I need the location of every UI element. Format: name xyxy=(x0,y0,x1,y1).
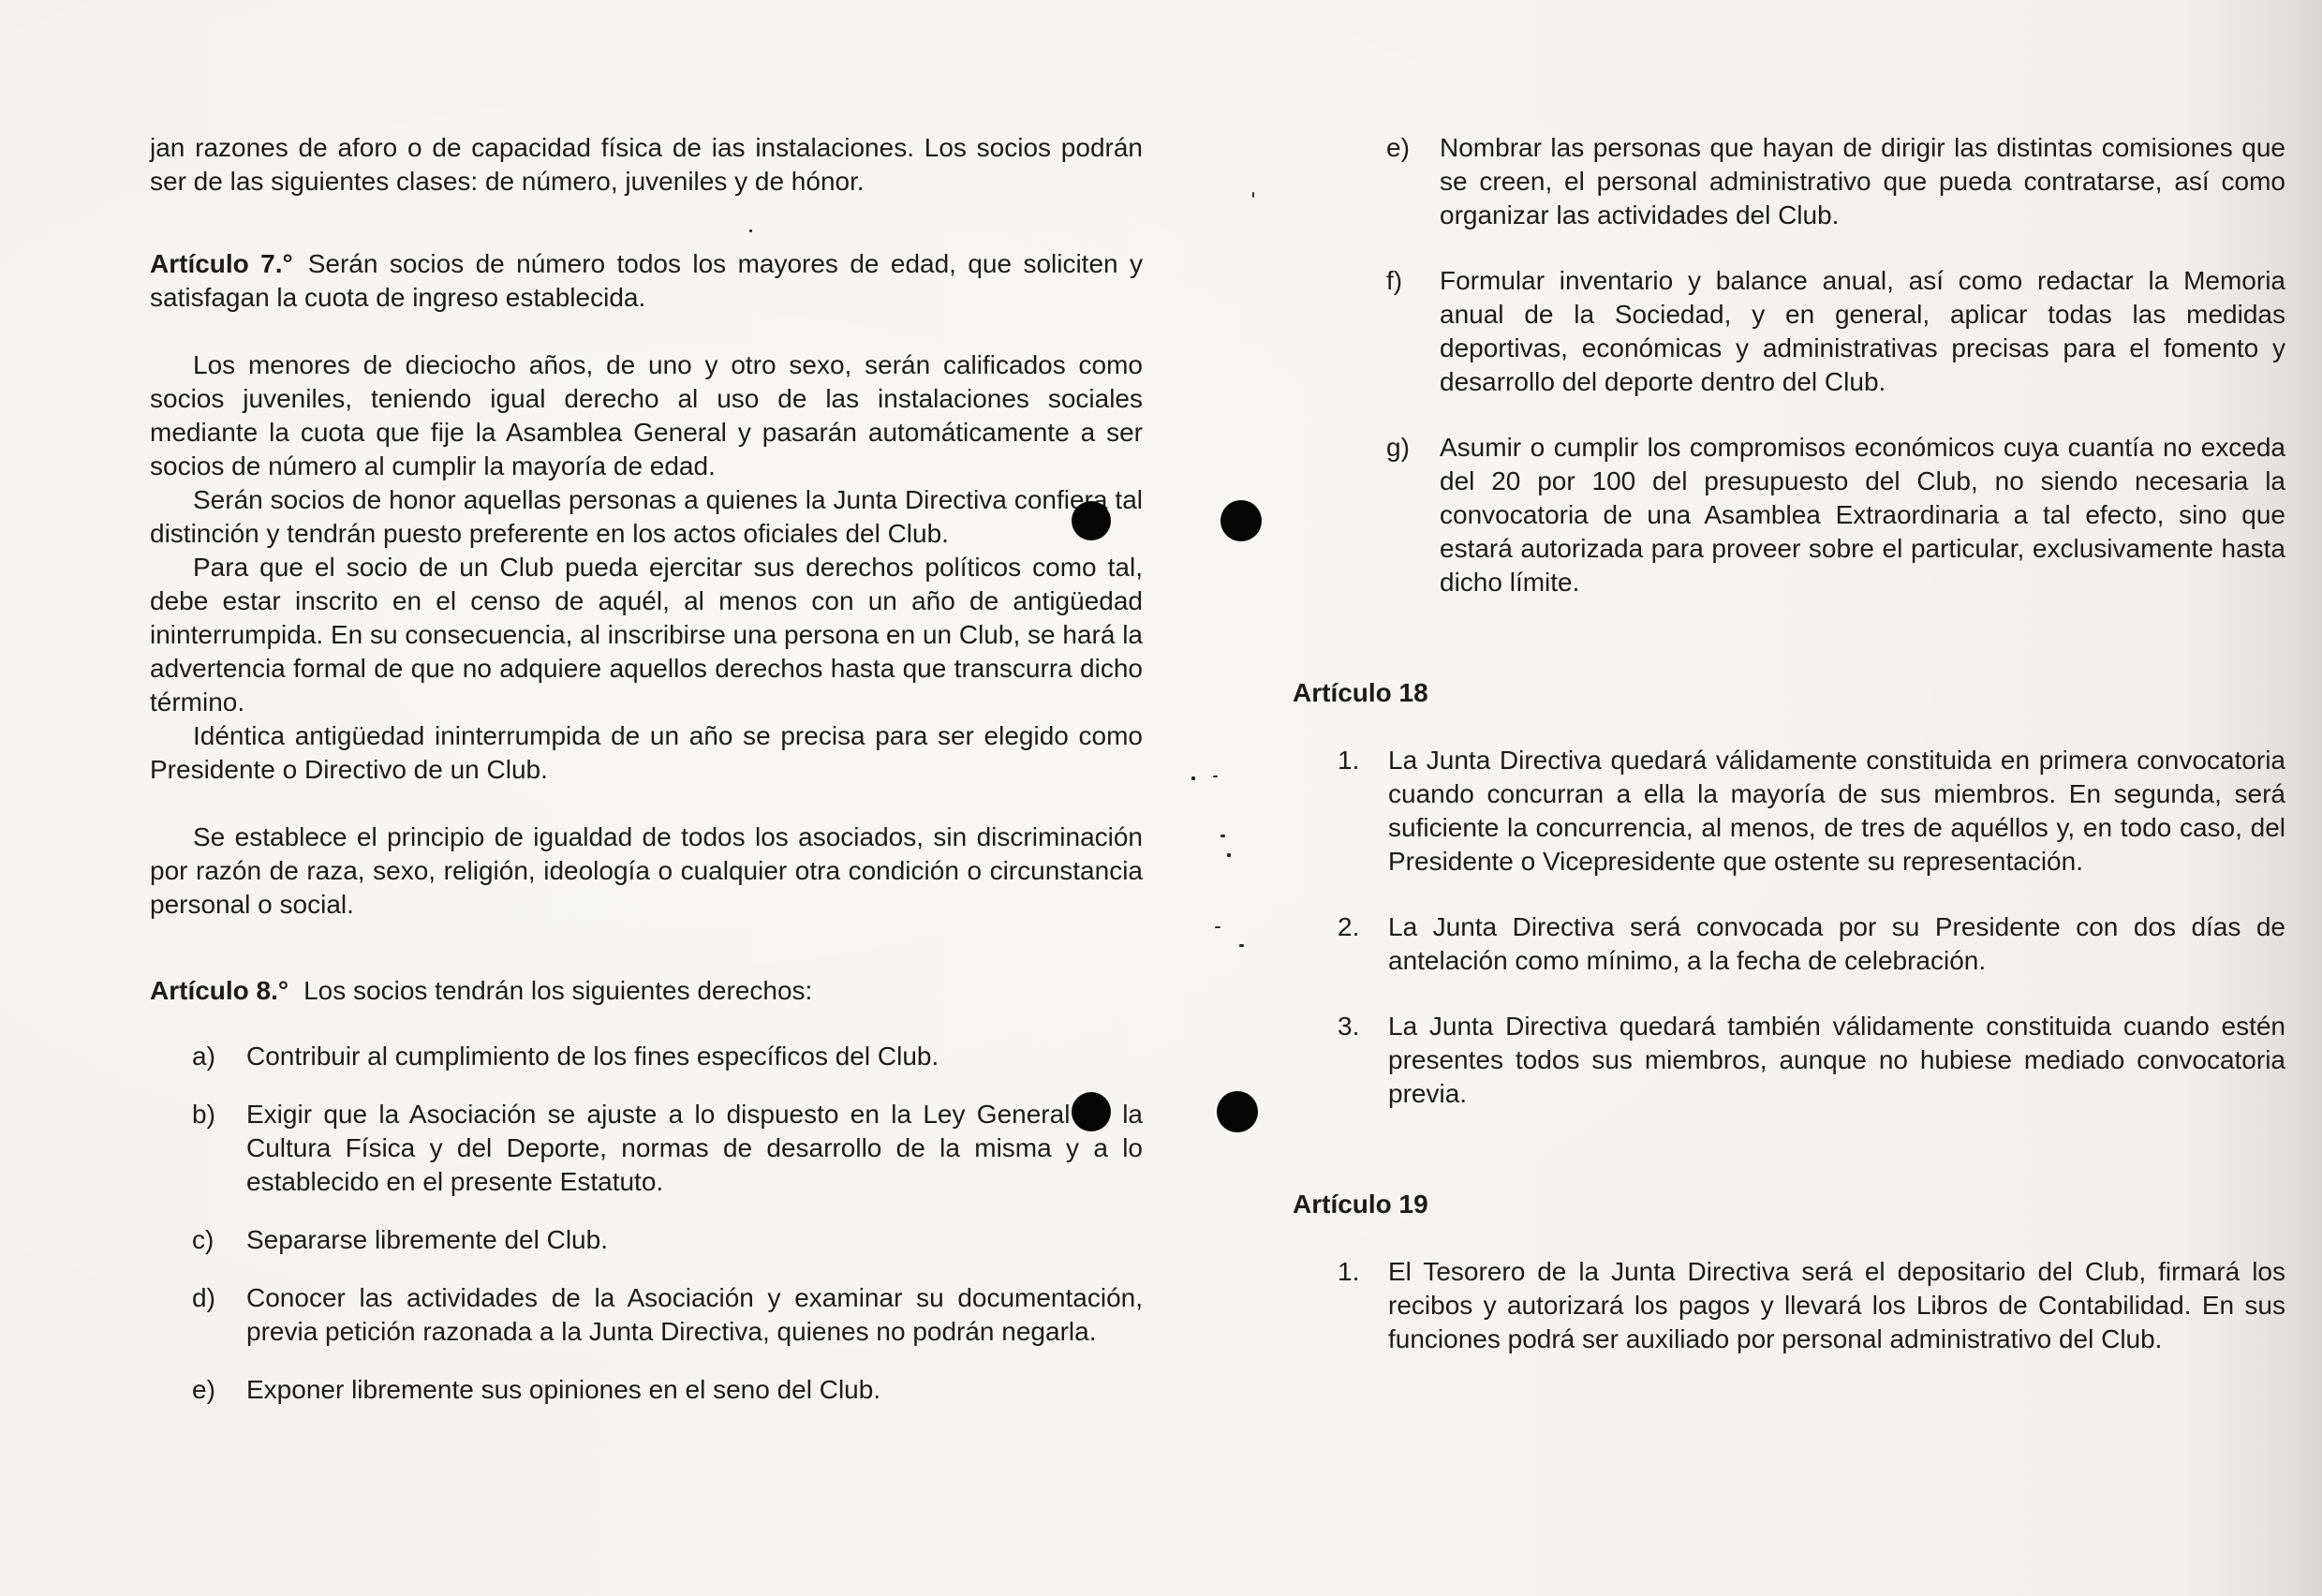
list-item-text: Formular inventario y balance anual, así… xyxy=(1440,264,2285,399)
punch-hole-icon xyxy=(1072,501,1111,540)
article-19-heading: Artículo 19 xyxy=(1293,1188,2285,1221)
punch-hole-icon xyxy=(1217,1091,1258,1132)
scan-speck xyxy=(749,229,752,232)
list-item: d) Conocer las actividades de la Asociac… xyxy=(150,1281,1143,1349)
punch-hole-icon xyxy=(1220,500,1262,541)
numbered-item-label: 3. xyxy=(1293,1010,1388,1111)
scan-speck xyxy=(1227,853,1231,857)
numbered-item: 1. El Tesorero de la Junta Directiva ser… xyxy=(1293,1255,2285,1356)
list-item-text: Exponer libremente sus opiniones en el s… xyxy=(246,1373,1143,1407)
paragraph-igualdad: Se establece el principio de igualdad de… xyxy=(150,820,1143,922)
list-item-label: c) xyxy=(150,1223,246,1257)
list-item: b) Exigir que la Asociación se ajuste a … xyxy=(150,1098,1143,1199)
scan-speck xyxy=(1937,1308,1940,1311)
scanned-page: jan razones de aforo o de capacidad físi… xyxy=(0,0,2322,1596)
list-item-label: g) xyxy=(1293,431,1440,599)
list-item-text: Asumir o cumplir los compromisos económi… xyxy=(1440,431,2285,599)
numbered-item-label: 1. xyxy=(1293,1255,1388,1356)
paragraph-antiguedad: Idéntica antigüedad ininterrumpida de un… xyxy=(150,719,1143,787)
numbered-item-text: La Junta Directiva será convocada por su… xyxy=(1388,910,2285,978)
numbered-item-label: 1. xyxy=(1293,744,1388,879)
list-item-label: b) xyxy=(150,1098,246,1199)
article-8: Artículo 8.°Los socios tendrán los sigui… xyxy=(150,974,1143,1008)
punch-hole-icon xyxy=(1072,1092,1111,1131)
intro-paragraph: jan razones de aforo o de capacidad físi… xyxy=(150,131,1143,199)
paragraph-juveniles: Los menores de dieciocho años, de uno y … xyxy=(150,348,1143,483)
list-item-label: a) xyxy=(150,1040,246,1073)
list-item-text: Nombrar las personas que hayan de dirigi… xyxy=(1440,131,2285,232)
scan-speck xyxy=(1213,776,1218,777)
list-item: f) Formular inventario y balance anual, … xyxy=(1293,264,2285,399)
left-column: jan razones de aforo o de capacidad físi… xyxy=(150,131,1143,1407)
numbered-item-text: La Junta Directiva quedará también válid… xyxy=(1388,1010,2285,1111)
list-item-label: d) xyxy=(150,1281,246,1349)
numbered-item-text: La Junta Directiva quedará válidamente c… xyxy=(1388,744,2285,879)
article-7-label: Artículo 7.° xyxy=(150,249,293,278)
scan-speck xyxy=(1239,944,1244,947)
paragraph-honor: Serán socios de honor aquellas personas … xyxy=(150,483,1143,551)
numbered-item-label: 2. xyxy=(1293,910,1388,978)
scan-speck xyxy=(1252,192,1254,198)
list-item: g) Asumir o cumplir los compromisos econ… xyxy=(1293,431,2285,599)
scan-speck xyxy=(1191,776,1195,780)
list-item-text: Separarse libremente del Club. xyxy=(246,1223,1143,1257)
list-item-text: Conocer las actividades de la Asociación… xyxy=(246,1281,1143,1349)
article-8-label: Artículo 8.° xyxy=(150,976,288,1005)
numbered-item: 3. La Junta Directiva quedará también vá… xyxy=(1293,1010,2285,1111)
scan-speck xyxy=(1220,835,1225,837)
list-item: e) Nombrar las personas que hayan de dir… xyxy=(1293,131,2285,232)
list-item-label: e) xyxy=(150,1373,246,1407)
numbered-item: 1. La Junta Directiva quedará válidament… xyxy=(1293,744,2285,879)
list-item-text: Exigir que la Asociación se ajuste a lo … xyxy=(246,1098,1143,1199)
article-7-text: Serán socios de número todos los mayores… xyxy=(150,249,1143,312)
article-8-text: Los socios tendrán los siguientes derech… xyxy=(303,976,812,1005)
list-item-label: e) xyxy=(1293,131,1440,232)
article-18-heading: Artículo 18 xyxy=(1293,676,2285,710)
list-item: c) Separarse libremente del Club. xyxy=(150,1223,1143,1257)
list-item: e) Exponer libremente sus opiniones en e… xyxy=(150,1373,1143,1407)
article-7: Artículo 7.°Serán socios de número todos… xyxy=(150,247,1143,315)
list-item-text: Contribuir al cumplimiento de los fines … xyxy=(246,1040,1143,1073)
numbered-item-text: El Tesorero de la Junta Directiva será e… xyxy=(1388,1255,2285,1356)
right-column: e) Nombrar las personas que hayan de dir… xyxy=(1293,131,2285,1356)
paragraph-derechos-politicos: Para que el socio de un Club pueda ejerc… xyxy=(150,551,1143,719)
numbered-item: 2. La Junta Directiva será convocada por… xyxy=(1293,910,2285,978)
scan-speck xyxy=(1215,926,1220,928)
list-item-label: f) xyxy=(1293,264,1440,399)
list-item: a) Contribuir al cumplimiento de los fin… xyxy=(150,1040,1143,1073)
